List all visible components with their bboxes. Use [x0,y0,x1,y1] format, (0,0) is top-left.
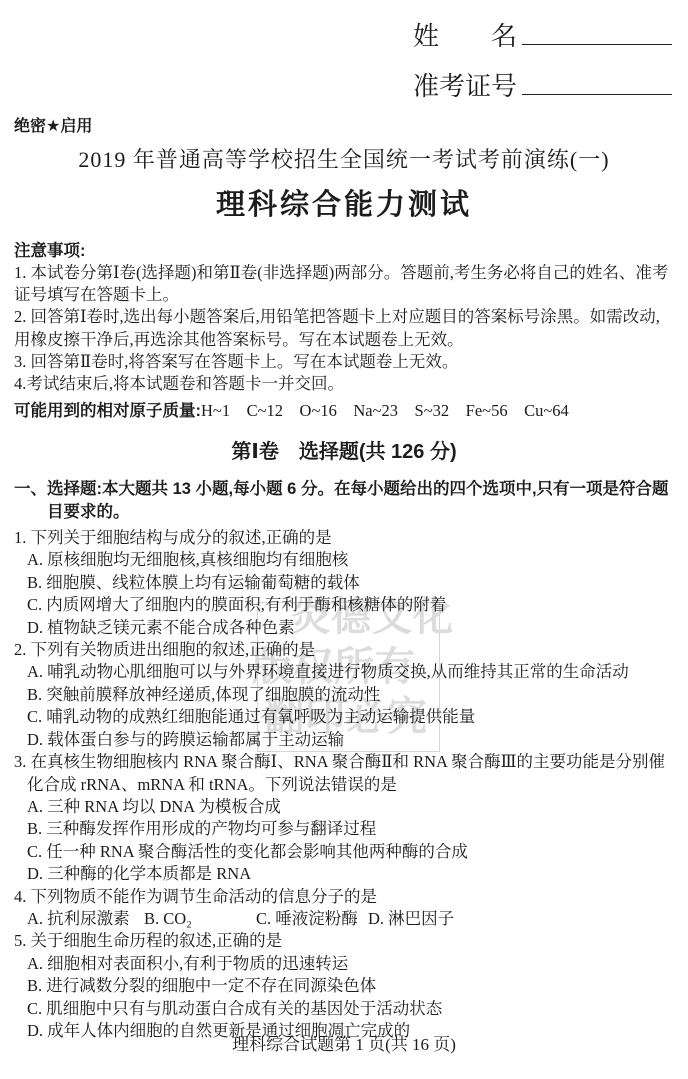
ticket-field-row: 准考证号 [14,66,672,104]
page-footer: 理科综合试题第 1 页(共 16 页) [0,1034,688,1056]
ticket-label: 准考证号 [413,72,517,101]
question-2-option-d: D. 载体蛋白参与的跨膜运输都属于主动运输 [27,729,674,751]
question-2-option-b: B. 突触前膜释放神经递质,体现了细胞膜的流动性 [27,684,674,706]
notice-title: 注意事项: [14,240,674,262]
question-3: 3. 在真核生物细胞核内 RNA 聚合酶Ⅰ、RNA 聚合酶Ⅱ和 RNA 聚合酶Ⅲ… [14,751,674,885]
exam-paper-page: 炎德文化 版权所有 翻印必究 姓 名 准考证号 绝密★启用 2019 年普通高等… [0,0,688,1079]
notice-item-1: 1. 本试卷分第Ⅰ卷(选择题)和第Ⅱ卷(非选择题)两部分。答题前,考生务必将自己… [14,262,674,306]
question-1: 1. 下列关于细胞结构与成分的叙述,正确的是 A. 原核细胞均无细胞核,真核细胞… [14,527,674,639]
candidate-fields: 姓 名 准考证号 [14,16,674,104]
question-4-option-b: B. CO₂ [144,908,256,930]
question-1-option-a: A. 原核细胞均无细胞核,真核细胞均有细胞核 [27,549,674,571]
question-3-option-b: B. 三种酶发挥作用形成的产物均可参与翻译过程 [27,818,674,840]
question-4-option-c: C. 唾液淀粉酶 [256,908,368,930]
question-5-option-a: A. 细胞相对表面积小,有利于物质的迅速转运 [27,953,674,975]
question-2-option-c: C. 哺乳动物的成熟红细胞能通过有氧呼吸为主动运输提供能量 [27,706,674,728]
name-label: 姓 名 [413,22,517,51]
question-5-stem: 5. 关于细胞生命历程的叙述,正确的是 [14,930,674,952]
question-5-option-c: C. 肌细胞中只有与肌动蛋白合成有关的基因处于活动状态 [27,998,674,1020]
subject-title: 理科综合能力测试 [14,186,674,224]
atomic-mass-line: 可能用到的相对原子质量:H~1 C~12 O~16 Na~23 S~32 Fe~… [14,400,674,422]
page-content: 姓 名 准考证号 绝密★启用 2019 年普通高等学校招生全国统一考试考前演练(… [0,0,688,1042]
question-2-stem: 2. 下列有关物质进出细胞的叙述,正确的是 [14,639,674,661]
exam-title-line: 2019 年普通高等学校招生全国统一考试考前演练(一) [14,144,674,176]
question-4-stem: 4. 下列物质不能作为调节生命活动的信息分子的是 [14,886,674,908]
question-1-stem: 1. 下列关于细胞结构与成分的叙述,正确的是 [14,527,674,549]
notice-item-4: 4.考试结束后,将本试题卷和答题卡一并交回。 [14,373,674,395]
question-1-option-b: B. 细胞膜、线粒体膜上均有运输葡萄糖的载体 [27,572,674,594]
question-2: 2. 下列有关物质进出细胞的叙述,正确的是 A. 哺乳动物心肌细胞可以与外界环境… [14,639,674,751]
question-3-option-d: D. 三种酶的化学本质都是 RNA [27,863,674,885]
question-5: 5. 关于细胞生命历程的叙述,正确的是 A. 细胞相对表面积小,有利于物质的迅速… [14,930,674,1042]
question-4-option-a: A. 抗利尿激素 [27,908,144,930]
notice-item-2: 2. 回答第Ⅰ卷时,选出每小题答案后,用铅笔把答题卡上对应题目的答案标号涂黑。如… [14,306,674,350]
section-1-title: 第Ⅰ卷 选择题(共 126 分) [14,438,674,466]
question-4-option-d: D. 淋巴因子 [368,908,454,930]
question-1-option-c: C. 内质网增大了细胞内的膜面积,有利于酶和核糖体的附着 [27,594,674,616]
question-2-option-a: A. 哺乳动物心肌细胞可以与外界环境直接进行物质交换,从而维持其正常的生命活动 [27,661,674,683]
atomic-mass-values: H~1 C~12 O~16 Na~23 S~32 Fe~56 Cu~64 [201,401,569,420]
question-4: 4. 下列物质不能作为调节生命活动的信息分子的是 A. 抗利尿激素 B. CO₂… [14,886,674,931]
atomic-mass-label: 可能用到的相对原子质量: [14,402,201,420]
name-field-row: 姓 名 [14,16,672,54]
name-blank-line [522,16,672,45]
multiple-choice-instruction: 一、选择题:本大题共 13 小题,每小题 6 分。在每小题给出的四个选项中,只有… [14,478,674,523]
question-3-stem: 3. 在真核生物细胞核内 RNA 聚合酶Ⅰ、RNA 聚合酶Ⅱ和 RNA 聚合酶Ⅲ… [14,751,674,796]
question-1-option-d: D. 植物缺乏镁元素不能合成各种色素 [27,617,674,639]
question-3-option-a: A. 三种 RNA 均以 DNA 为模板合成 [27,796,674,818]
ticket-blank-line [522,66,672,95]
notice-item-3: 3. 回答第Ⅱ卷时,将答案写在答题卡上。写在本试题卷上无效。 [14,351,674,373]
secrecy-marking: 绝密★启用 [14,116,674,138]
question-3-option-c: C. 任一种 RNA 聚合酶活性的变化都会影响其他两种酶的合成 [27,841,674,863]
question-4-options-row: A. 抗利尿激素 B. CO₂ C. 唾液淀粉酶 D. 淋巴因子 [27,908,674,930]
question-5-option-b: B. 进行减数分裂的细胞中一定不存在同源染色体 [27,975,674,997]
